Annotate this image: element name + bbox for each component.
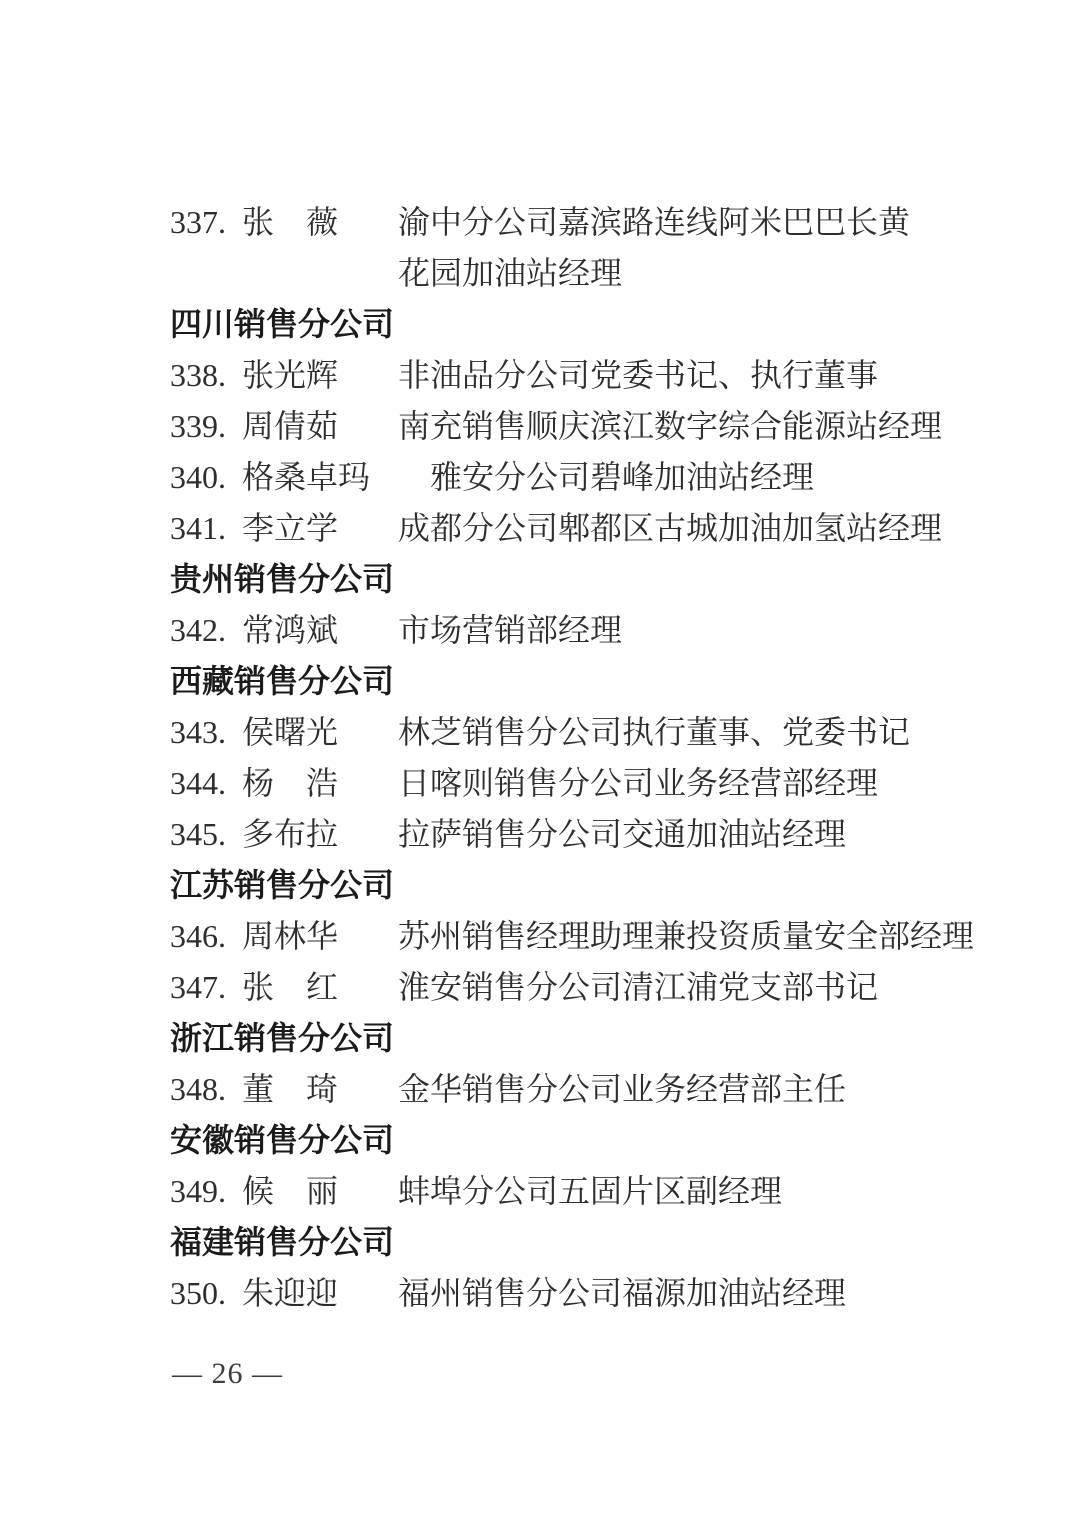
roster-list: 337.张 薇渝中分公司嘉滨路连线阿米巴巴长黄花园加油站经理四川销售分公司338…: [170, 197, 970, 1319]
entry-name: 周倩茹: [242, 401, 338, 452]
entry-row: 350.朱迎迎福州销售分公司福源加油站经理: [170, 1268, 970, 1319]
entry-title: 日喀则销售分公司业务经营部经理: [398, 765, 878, 801]
section-label: 西藏销售分公司: [170, 663, 394, 699]
section-header: 西藏销售分公司: [170, 656, 970, 707]
entry-number: 350.: [170, 1268, 242, 1319]
entry-number: 344.: [170, 758, 242, 809]
entry-title: 南充销售顺庆滨江数字综合能源站经理: [398, 408, 942, 444]
entry-title: 苏州销售经理助理兼投资质量安全部经理: [398, 918, 974, 954]
entry-title: 淮安销售分公司清江浦党支部书记: [398, 969, 878, 1005]
entry-number: 337.: [170, 197, 242, 248]
entry-number: 342.: [170, 605, 242, 656]
entry-row: 345.多布拉拉萨销售分公司交通加油站经理: [170, 809, 970, 860]
entry-title: 成都分公司郫都区古城加油加氢站经理: [398, 510, 942, 546]
entry-row: 347.张 红淮安销售分公司清江浦党支部书记: [170, 962, 970, 1013]
entry-row: 337.张 薇渝中分公司嘉滨路连线阿米巴巴长黄: [170, 197, 970, 248]
entry-name: 张 红: [242, 962, 338, 1013]
entry-title: 蚌埠分公司五固片区副经理: [398, 1173, 782, 1209]
section-label: 江苏销售分公司: [170, 867, 394, 903]
section-header: 贵州销售分公司: [170, 554, 970, 605]
entry-name: 张 薇: [242, 197, 338, 248]
entry-title: 拉萨销售分公司交通加油站经理: [398, 816, 846, 852]
entry-title: 渝中分公司嘉滨路连线阿米巴巴长黄: [398, 204, 910, 240]
entry-name: 侯曙光: [242, 707, 338, 758]
entry-name: 候 丽: [242, 1166, 338, 1217]
entry-number: 341.: [170, 503, 242, 554]
entry-title: 非油品分公司党委书记、执行董事: [398, 357, 878, 393]
section-label: 福建销售分公司: [170, 1224, 394, 1260]
section-header: 安徽销售分公司: [170, 1115, 970, 1166]
entry-number: 339.: [170, 401, 242, 452]
section-header: 四川销售分公司: [170, 299, 970, 350]
section-header: 福建销售分公司: [170, 1217, 970, 1268]
entry-continuation: 花园加油站经理: [170, 248, 970, 299]
entry-title: 林芝销售分公司执行董事、党委书记: [398, 714, 910, 750]
entry-row: 341.李立学成都分公司郫都区古城加油加氢站经理: [170, 503, 970, 554]
entry-number: 348.: [170, 1064, 242, 1115]
entry-title: 福州销售分公司福源加油站经理: [398, 1275, 846, 1311]
entry-title-continued: 花园加油站经理: [398, 255, 622, 291]
entry-row: 339.周倩茹南充销售顺庆滨江数字综合能源站经理: [170, 401, 970, 452]
entry-name: 常鸿斌: [242, 605, 338, 656]
document-page: 337.张 薇渝中分公司嘉滨路连线阿米巴巴长黄花园加油站经理四川销售分公司338…: [0, 0, 1080, 1527]
entry-name: 杨 浩: [242, 758, 338, 809]
section-header: 浙江销售分公司: [170, 1013, 970, 1064]
entry-row: 338.张光辉非油品分公司党委书记、执行董事: [170, 350, 970, 401]
section-header: 江苏销售分公司: [170, 860, 970, 911]
entry-title: 金华销售分公司业务经营部主任: [398, 1071, 846, 1107]
entry-row: 346.周林华苏州销售经理助理兼投资质量安全部经理: [170, 911, 970, 962]
entry-row: 343.侯曙光林芝销售分公司执行董事、党委书记: [170, 707, 970, 758]
entry-title: 雅安分公司碧峰加油站经理: [430, 459, 814, 495]
entry-name: 多布拉: [242, 809, 338, 860]
entry-number: 340.: [170, 452, 242, 503]
entry-name: 周林华: [242, 911, 338, 962]
entry-row: 340.格桑卓玛雅安分公司碧峰加油站经理: [170, 452, 970, 503]
page-number: — 26 —: [172, 1356, 283, 1392]
entry-name: 李立学: [242, 503, 338, 554]
entry-row: 348.董 琦金华销售分公司业务经营部主任: [170, 1064, 970, 1115]
entry-name: 董 琦: [242, 1064, 338, 1115]
entry-row: 344.杨 浩日喀则销售分公司业务经营部经理: [170, 758, 970, 809]
entry-title: 市场营销部经理: [398, 612, 622, 648]
section-label: 安徽销售分公司: [170, 1122, 394, 1158]
section-label: 浙江销售分公司: [170, 1020, 394, 1056]
entry-row: 342.常鸿斌市场营销部经理: [170, 605, 970, 656]
entry-name: 格桑卓玛: [242, 452, 370, 503]
section-label: 四川销售分公司: [170, 306, 394, 342]
entry-number: 347.: [170, 962, 242, 1013]
entry-row: 349.候 丽蚌埠分公司五固片区副经理: [170, 1166, 970, 1217]
entry-number: 346.: [170, 911, 242, 962]
entry-name: 朱迎迎: [242, 1268, 338, 1319]
entry-number: 345.: [170, 809, 242, 860]
section-label: 贵州销售分公司: [170, 561, 394, 597]
entry-number: 338.: [170, 350, 242, 401]
entry-number: 343.: [170, 707, 242, 758]
entry-number: 349.: [170, 1166, 242, 1217]
entry-name: 张光辉: [242, 350, 338, 401]
